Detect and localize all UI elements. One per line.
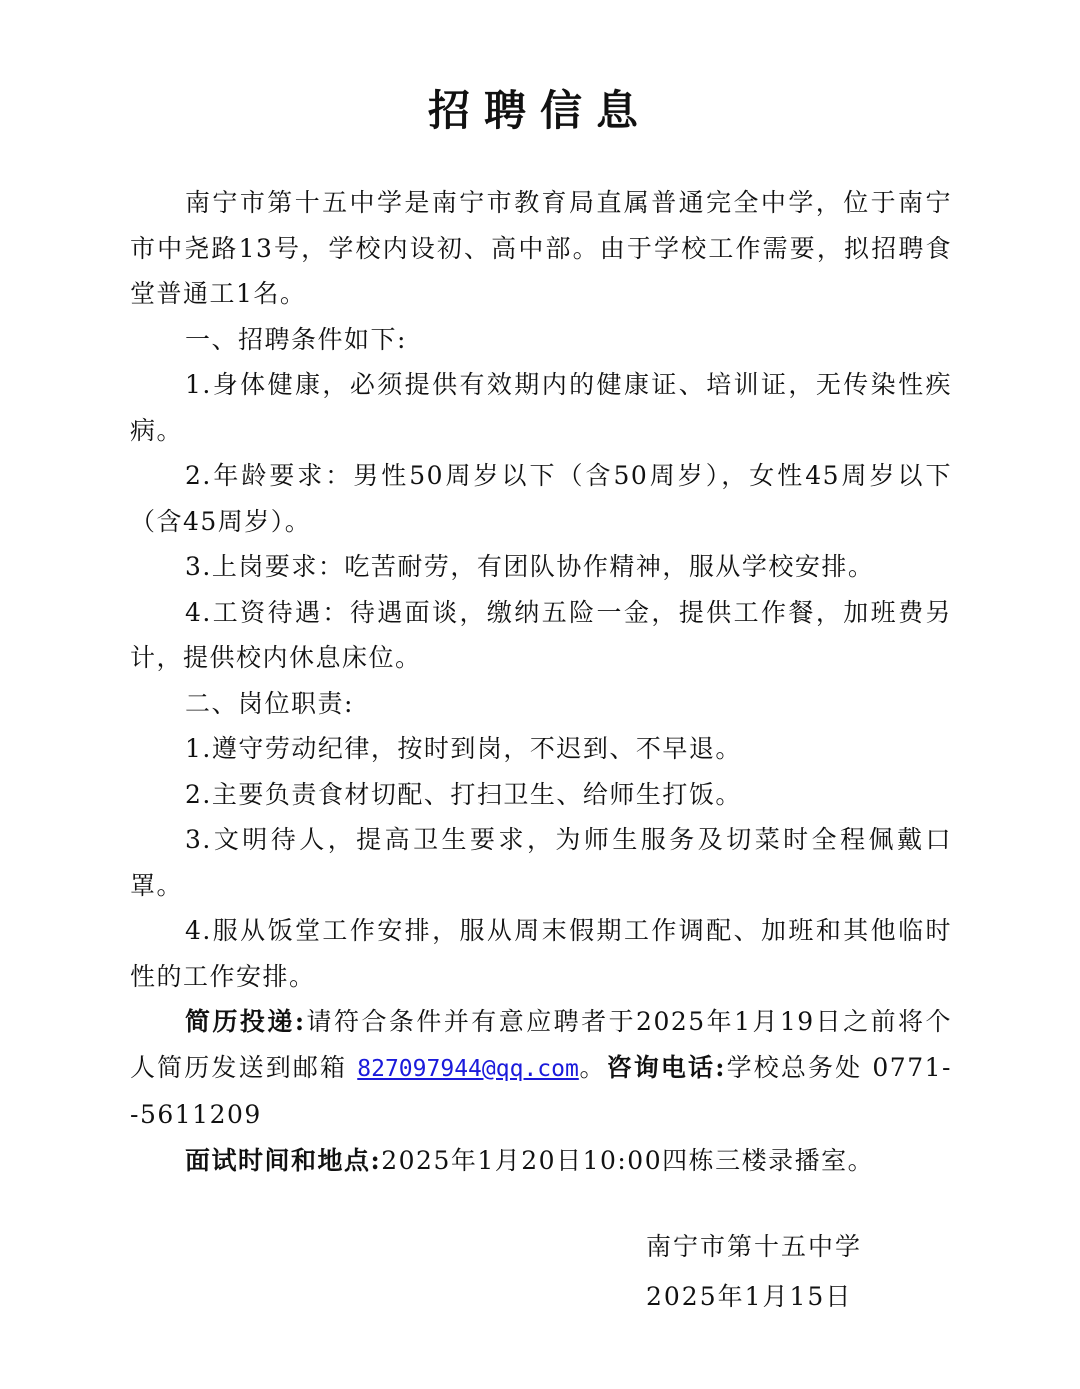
intro-paragraph: 南宁市第十五中学是南宁市教育局直属普通完全中学，位于南宁市中尧路13号，学校内设… bbox=[130, 180, 952, 317]
interview-paragraph: 面试时间和地点:2025年1月20日10:00四栋三楼录播室。 bbox=[130, 1138, 952, 1184]
duty-item: 2.主要负责食材切配、打扫卫生、给师生打饭。 bbox=[130, 772, 952, 818]
contact-label: 咨询电话: bbox=[607, 1053, 726, 1082]
signature-block: 南宁市第十五中学 2025年1月15日 bbox=[646, 1222, 862, 1322]
resume-paragraph: 简历投递:请符合条件并有意应聘者于2025年1月19日之前将个人简历发送到邮箱 … bbox=[130, 999, 952, 1138]
interview-label: 面试时间和地点: bbox=[185, 1146, 381, 1175]
requirement-item: 3.上岗要求：吃苦耐劳，有团队协作精神，服从学校安排。 bbox=[130, 544, 952, 590]
interview-text: 2025年1月20日10:00四栋三楼录播室。 bbox=[381, 1146, 874, 1175]
signature-date: 2025年1月15日 bbox=[646, 1272, 862, 1322]
resume-period: 。 bbox=[579, 1053, 607, 1082]
section1-heading: 一、招聘条件如下: bbox=[130, 317, 952, 363]
signature-org: 南宁市第十五中学 bbox=[646, 1222, 862, 1272]
requirement-item: 1.身体健康，必须提供有效期内的健康证、培训证，无传染性疾病。 bbox=[130, 362, 952, 453]
duty-item: 4.服从饭堂工作安排，服从周末假期工作调配、加班和其他临时性的工作安排。 bbox=[130, 908, 952, 999]
document-title: 招聘信息 bbox=[0, 78, 1080, 138]
requirement-item: 4.工资待遇：待遇面谈，缴纳五险一金，提供工作餐，加班费另计，提供校内休息床位。 bbox=[130, 590, 952, 681]
section2-heading: 二、岗位职责: bbox=[130, 681, 952, 727]
duty-item: 3.文明待人，提高卫生要求，为师生服务及切菜时全程佩戴口罩。 bbox=[130, 817, 952, 908]
requirement-item: 2.年龄要求：男性50周岁以下（含50周岁），女性45周岁以下（含45周岁）。 bbox=[130, 453, 952, 544]
resume-label: 简历投递: bbox=[185, 1007, 306, 1036]
duty-item: 1.遵守劳动纪律，按时到岗，不迟到、不早退。 bbox=[130, 726, 952, 772]
document-body: 南宁市第十五中学是南宁市教育局直属普通完全中学，位于南宁市中尧路13号，学校内设… bbox=[130, 180, 952, 1183]
email-link[interactable]: 827097944@qq.com bbox=[357, 1056, 579, 1082]
